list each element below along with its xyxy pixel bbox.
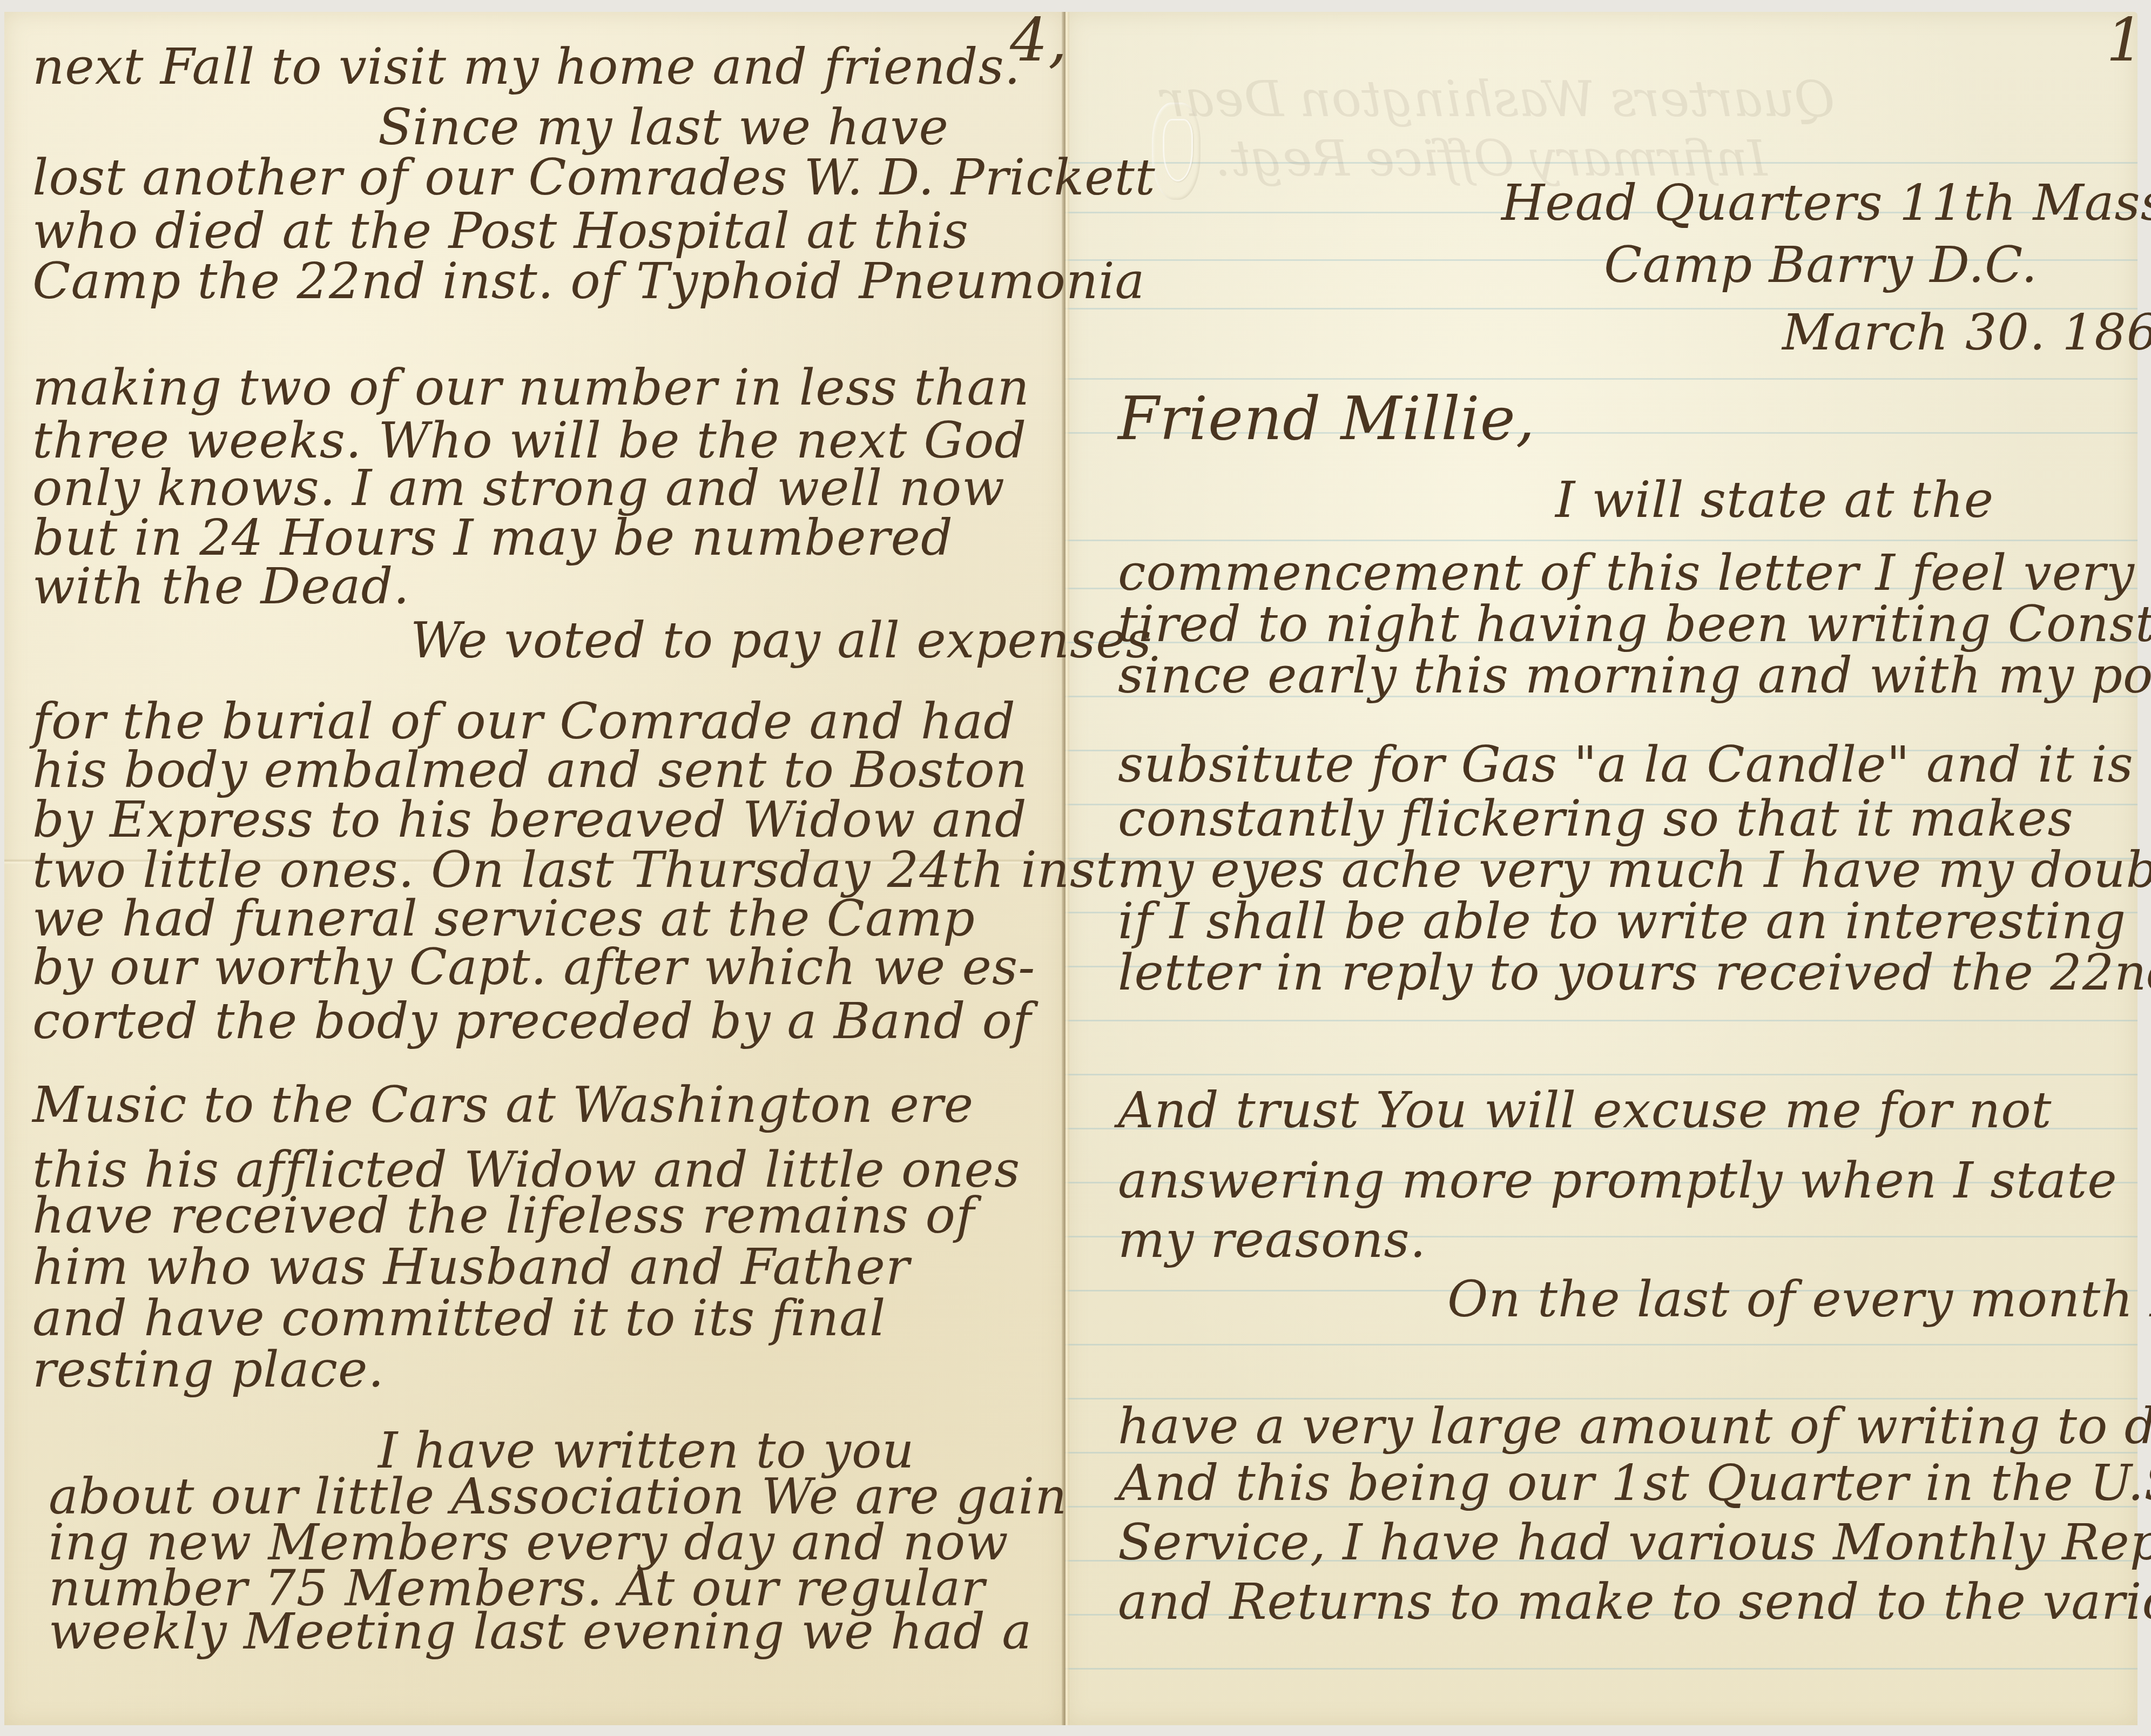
letter-line: answering more promptly when I state — [1118, 1156, 2118, 1206]
ruled-line — [1065, 540, 2137, 541]
letter-line: resting place. — [32, 1345, 385, 1395]
ruled-line — [1065, 1668, 2137, 1670]
letter-line: who died at the Post Hospital at this — [32, 206, 969, 256]
letter-line: weekly Meeting last evening we had a — [49, 1607, 1032, 1657]
letter-line: have a very large amount of writing to d… — [1118, 1402, 2151, 1451]
letter-line: have received the lifeless remains of — [32, 1191, 975, 1241]
letter-line: Camp the 22nd inst. of Typhoid Pneumonia — [32, 257, 1145, 306]
letter-line: lost another of our Comrades W. D. Prick… — [32, 153, 1156, 203]
ruled-line — [1065, 378, 2137, 380]
letter-spread: Quarters Washington Dear Infirmary Offic… — [0, 0, 2151, 1736]
letter-line: his body embalmed and sent to Boston — [32, 745, 1028, 795]
letter-line: by our worthy Capt. after which we es- — [32, 943, 1035, 992]
letter-line: constantly flickering so that it makes — [1118, 794, 2074, 844]
letter-line: with the Dead. — [32, 562, 410, 611]
letter-line: if I shall be able to write an interesti… — [1118, 897, 2126, 946]
letter-line: corted the body preceded by a Band of — [32, 997, 1031, 1046]
letter-line: three weeks. Who will be the next God — [32, 416, 1027, 466]
letter-line: we had funeral services at the Camp — [32, 894, 975, 944]
letter-line: him who was Husband and Father — [32, 1242, 910, 1292]
letter-line: I will state at the — [1555, 475, 1994, 525]
letter-line: but in 24 Hours I may be numbered — [32, 513, 953, 563]
letter-line: commencement of this letter I feel very — [1118, 548, 2135, 598]
letter-line: by Express to his bereaved Widow and — [32, 795, 1027, 845]
letter-line: my eyes ache very much I have my doubts — [1118, 845, 2151, 895]
letter-line: making two of our number in less than — [32, 363, 1030, 413]
letter-line: We voted to pay all expenses — [410, 616, 1152, 665]
ruled-line — [1065, 1344, 2137, 1345]
letter-line: Music to the Cars at Washington ere — [32, 1080, 974, 1130]
letter-line: my reasons. — [1118, 1215, 1426, 1265]
letter-line: tired to night having been writing Const… — [1118, 600, 2151, 649]
letter-line: since early this morning and with my poo… — [1118, 651, 2151, 701]
letter-line: And trust You will excuse me for not — [1118, 1086, 2052, 1135]
letter-line: for the burial of our Comrade and had — [32, 697, 1016, 746]
letter-line: next Fall to visit my home and friends. — [32, 42, 1021, 92]
salutation: Friend Millie, — [1118, 389, 1535, 448]
letter-date: March 30. 1864. — [1782, 308, 2151, 358]
letter-line: letter in reply to yours received the 22… — [1118, 948, 2151, 998]
letter-line: only knows. I am strong and well now — [32, 463, 1005, 513]
letter-line: Service, I have had various Monthly Repo… — [1118, 1518, 2151, 1567]
letter-line: and Returns to make to send to the vario… — [1118, 1577, 2151, 1627]
letter-line: On the last of every month I — [1447, 1275, 2151, 1324]
letter-line: And this being our 1st Quarter in the U.… — [1118, 1458, 2151, 1508]
letterhead-line: Camp Barry D.C. — [1604, 240, 2038, 290]
ruled-line — [1065, 1020, 2137, 1021]
letterhead-line: Head Quarters 11th Mass. Battery. — [1501, 178, 2151, 228]
ruled-line — [1065, 1074, 2137, 1075]
letter-line: and have committed it to its final — [32, 1294, 886, 1343]
letter-line: subsitute for Gas "a la Candle" and it i… — [1118, 740, 2134, 790]
letter-line: Since my last we have — [378, 103, 949, 152]
page-number: 1 — [2106, 5, 2145, 75]
ink-bleed-through: Quarters Washington Dear — [1161, 70, 1836, 128]
letter-line: two little ones. On last Thursday 24th i… — [32, 845, 1132, 895]
